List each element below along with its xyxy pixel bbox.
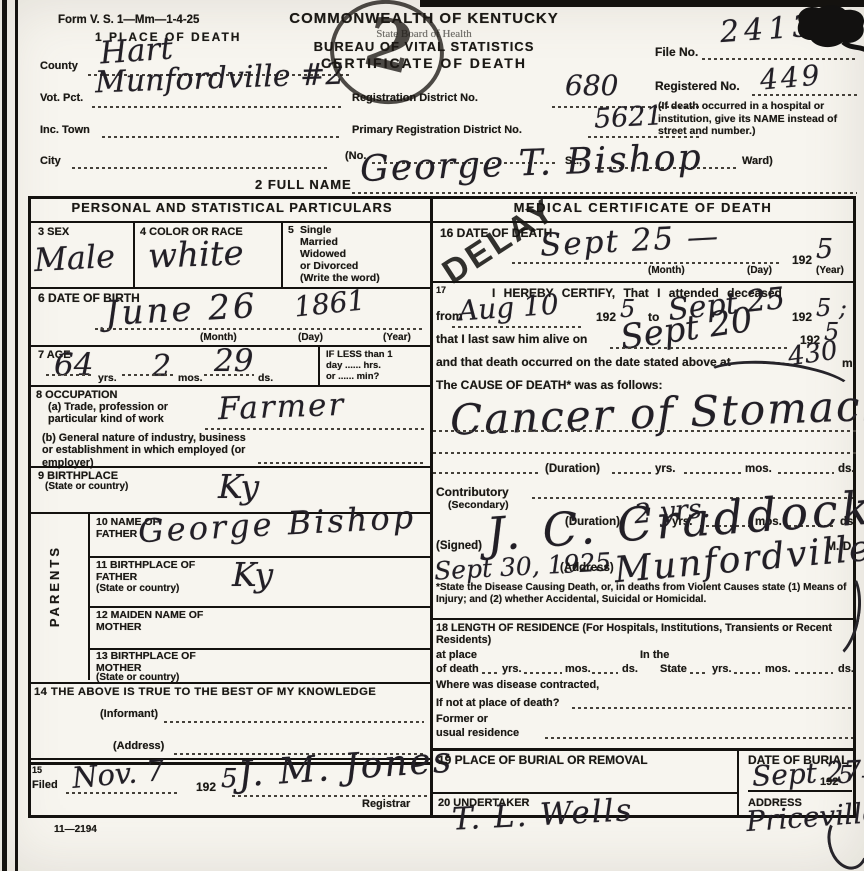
line <box>433 748 856 751</box>
age-line <box>122 374 174 376</box>
mother-birthplace-label: 13 BIRTHPLACE OF MOTHER <box>96 650 200 674</box>
age-years-value: 64 <box>54 350 93 381</box>
marital-number: 5 <box>288 224 294 236</box>
age-months-value: 2 <box>152 352 171 382</box>
father-birthplace-value: Ky <box>232 558 273 591</box>
residence-line <box>524 672 562 674</box>
yrs-label: yrs. <box>712 663 732 676</box>
death-m-label: m. <box>842 357 856 371</box>
ward-label: Ward) <box>742 155 773 168</box>
sex-label: 3 SEX <box>38 226 69 239</box>
contracted-label: Where was disease contracted, <box>436 679 599 692</box>
marital-line-married: Married <box>300 236 338 248</box>
duration-line <box>778 472 834 474</box>
informant-line <box>164 721 424 723</box>
of-death-label: of death <box>436 663 479 676</box>
filed-section-number: 15 <box>32 765 42 775</box>
file-no-line <box>702 58 858 60</box>
sex-value: Male <box>33 240 116 276</box>
death-occurred-label: and that death occurred on the date stat… <box>436 356 731 370</box>
contributory-label: Contributory <box>436 486 509 500</box>
ds-label: ds. <box>838 463 855 476</box>
occupation-b-label: (b) General nature of industry, business… <box>42 432 256 469</box>
undertaker-value: T. L. Wells <box>451 795 634 835</box>
burial-year-preprint: 192 <box>820 776 838 789</box>
dob-month-day-value: June 26 <box>104 289 258 331</box>
certify-section-number: 17 <box>436 285 446 295</box>
month-label: (Month) <box>200 332 237 344</box>
line <box>748 790 852 792</box>
line <box>433 281 856 283</box>
line <box>31 682 430 684</box>
full-name-line <box>352 192 857 194</box>
registrar-label: Registrar <box>362 798 410 811</box>
filed-label: Filed <box>32 779 58 792</box>
cause-line <box>433 430 856 432</box>
if-not-label: If not at place of death? <box>436 697 559 710</box>
line <box>31 221 430 223</box>
hospital-note: (If death occurred in a hospital or inst… <box>658 100 862 138</box>
yrs-label: yrs. <box>655 463 675 476</box>
age-line <box>46 374 94 376</box>
form-number: Form V. S. 1—Mm—1-4-25 <box>58 14 199 27</box>
parents-box-line <box>88 512 90 680</box>
knowledge-statement: 14 THE ABOVE IS TRUE TO THE BEST OF MY K… <box>34 686 376 699</box>
duration-line <box>684 472 742 474</box>
registrar-line <box>232 795 428 797</box>
occupation-label: 8 OCCUPATION <box>36 389 118 402</box>
column-divider <box>430 196 433 818</box>
city-label: City <box>40 155 61 168</box>
city-line <box>72 167 330 169</box>
personal-section-title: PERSONAL AND STATISTICAL PARTICULARS <box>34 201 430 216</box>
age-days-value: 29 <box>214 346 253 377</box>
last-saw-label: that I last saw him alive on <box>436 333 587 347</box>
duration-line <box>612 472 652 474</box>
attended-from-line <box>452 326 582 328</box>
primary-reg-value: 5621 <box>593 102 663 133</box>
marital-line-single: Single <box>300 224 332 236</box>
former-label: Former or <box>436 713 488 726</box>
birthplace-sub-label: (State or country) <box>45 481 128 493</box>
usual-residence-label: usual residence <box>436 727 519 740</box>
medical-section-title: MEDICAL CERTIFICATE OF DEATH <box>436 201 850 216</box>
at-place-label: at place <box>436 649 477 662</box>
if-less-line-3: or ...... min? <box>326 372 379 383</box>
if-not-line <box>572 707 854 709</box>
ink-blot <box>793 2 864 52</box>
inc-town-label: Inc. Town <box>40 124 90 137</box>
vot-pct-line <box>92 106 344 108</box>
birthplace-value: Ky <box>218 470 259 503</box>
occupation-b-line <box>258 462 425 464</box>
day-label: (Day) <box>747 265 772 277</box>
informant-address-label: (Address) <box>113 740 164 753</box>
line <box>88 606 430 608</box>
marital-line-write: (Write the word) <box>300 272 380 284</box>
registered-no-value: 449 <box>759 61 824 94</box>
father-birthplace-sub-label: (State or country) <box>96 583 179 595</box>
usual-residence-line <box>545 737 853 739</box>
occupation-a-value: Farmer <box>217 390 345 425</box>
cell-line <box>318 345 320 385</box>
mother-maiden-name-label: 12 MAIDEN NAME OF MOTHER <box>96 609 210 633</box>
line <box>433 618 856 620</box>
ds-label: ds. <box>838 663 854 676</box>
filed-year-preprint: 192 <box>196 781 216 795</box>
cell-line <box>281 221 283 287</box>
filed-year-value: 5 <box>221 766 238 792</box>
registered-no-label: Registered No. <box>655 80 740 94</box>
scan-left-bar-inner <box>15 0 18 871</box>
cell-line <box>737 748 739 818</box>
filed-date-value: Nov. 7 <box>71 756 166 793</box>
cause-line <box>433 452 856 454</box>
full-name-label: 2 FULL NAME <box>255 178 352 193</box>
mos-label: mos. <box>565 663 591 676</box>
yrs-label: yrs. <box>98 372 117 384</box>
age-line <box>204 374 254 376</box>
scan-left-bar-outer <box>2 0 7 871</box>
day-label: (Day) <box>298 332 323 344</box>
duration-line <box>433 472 541 474</box>
residence-line <box>690 672 708 674</box>
father-birthplace-label: 11 BIRTHPLACE OF FATHER <box>96 559 200 583</box>
year-label: (Year) <box>383 332 411 344</box>
burial-year-value: 5 — <box>838 763 864 787</box>
last-saw-line <box>610 347 788 349</box>
occupation-a-label: (a) Trade, profession or particular kind… <box>48 401 220 426</box>
burial-place-label: 19 PLACE OF BURIAL OR REMOVAL <box>438 754 648 768</box>
residence-label: 18 LENGTH OF RESIDENCE (For Hospitals, I… <box>436 622 854 647</box>
mos-label: mos. <box>765 663 791 676</box>
cell-line <box>133 221 135 287</box>
date-of-death-line <box>512 262 780 264</box>
primary-reg-label: Primary Registration District No. <box>352 124 522 137</box>
attended-from-value: Aug 10 <box>457 291 559 326</box>
ds-label: ds. <box>258 372 273 384</box>
residence-line <box>795 672 833 674</box>
dob-line <box>95 328 425 330</box>
filed-date-line <box>66 792 178 794</box>
cause-footnote: *State the Disease Causing Death, or, in… <box>436 582 850 606</box>
residence-line <box>482 672 500 674</box>
line <box>433 792 737 794</box>
duration-label: (Duration) <box>545 463 600 476</box>
to-year-preprint: 192 <box>792 311 812 325</box>
mos-label: mos. <box>178 372 203 384</box>
inc-town-line <box>102 136 342 138</box>
reg-district-value: 680 <box>565 72 618 100</box>
occupation-a-line <box>205 428 425 430</box>
date-of-death-value: Sept 25 — <box>539 221 720 261</box>
line <box>31 385 430 387</box>
residence-line <box>734 672 760 674</box>
death-certificate-scan: Form V. S. 1—Mm—1-4-25 1 PLACE OF DEATH … <box>0 0 864 871</box>
county-label: County <box>40 60 78 73</box>
from-year-preprint: 192 <box>596 311 616 325</box>
to-year-value: 5 ; <box>816 296 847 320</box>
year-label: (Year) <box>816 265 844 277</box>
dod-year-value: 5 <box>816 236 833 263</box>
dob-year-value: 1861 <box>293 286 367 321</box>
residence-line <box>592 672 618 674</box>
physician-address-label: (Address) <box>560 562 614 575</box>
dod-year-preprint: 192 <box>792 254 812 268</box>
state-label: State <box>660 663 687 676</box>
vot-pct-label: Vot. Pct. <box>40 92 83 105</box>
mos-label: mos. <box>745 463 772 476</box>
color-race-value: white <box>147 236 244 273</box>
marital-line-divorced: or Divorced <box>300 260 358 272</box>
marital-line-widowed: Widowed <box>300 248 346 260</box>
yrs-label: yrs. <box>502 663 522 676</box>
month-label: (Month) <box>648 265 685 277</box>
file-no-label: File No. <box>655 46 698 60</box>
full-name-value: George T. Bishop <box>359 140 703 188</box>
signed-label: (Signed) <box>436 540 482 553</box>
ds-label: ds. <box>622 663 638 676</box>
in-the-label: In the <box>640 649 669 662</box>
print-code: 11—2194 <box>54 824 97 836</box>
informant-label: (Informant) <box>100 708 158 721</box>
parents-label: PARENTS <box>48 545 63 627</box>
